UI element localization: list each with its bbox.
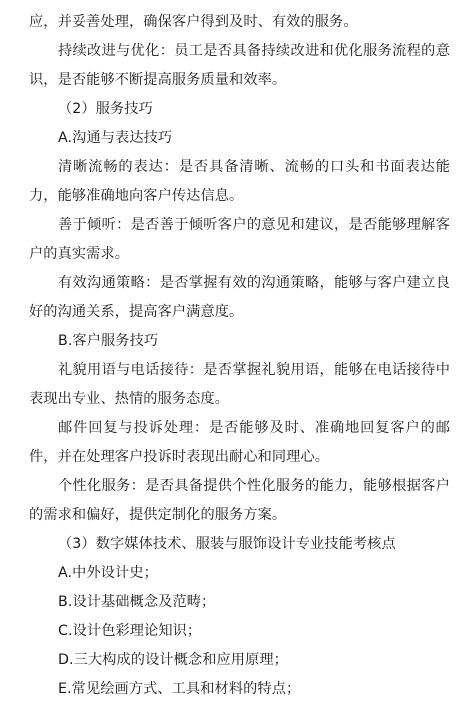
paragraph-continuous-improvement: 持续改进与优化：员工是否具备持续改进和优化服务流程的意识，是否能够不断提高服务质… [29, 37, 450, 95]
list-item-painting-tools: E.常见绘画方式、工具和材料的特点； [29, 675, 450, 704]
paragraph-good-listening: 善于倾听：是否善于倾听客户的意见和建议，是否能够理解客户的真实需求。 [29, 211, 450, 269]
list-item-three-compositions: D.三大构成的设计概念和应用原理； [29, 646, 450, 675]
list-item-design-history: A.中外设计史； [29, 559, 450, 588]
paragraph-email-complaint-handling: 邮件回复与投诉处理：是否能够及时、准确地回复客户的邮件，并在处理客户投诉时表现出… [29, 414, 450, 472]
paragraph-polite-phone-reception: 礼貌用语与电话接待：是否掌握礼貌用语，能够在电话接待中表现出专业、热情的服务态度… [29, 356, 450, 414]
list-item-design-basics: B.设计基础概念及范畴； [29, 588, 450, 617]
section-heading-service-skills: （2）服务技巧 [29, 95, 450, 124]
list-item-color-theory: C.设计色彩理论知识； [29, 617, 450, 646]
subheading-communication-skills: A.沟通与表达技巧 [29, 124, 450, 153]
paragraph-effective-communication: 有效沟通策略：是否掌握有效的沟通策略，能够与客户建立良好的沟通关系，提高客户满意… [29, 269, 450, 327]
subheading-customer-service-skills: B.客户服务技巧 [29, 327, 450, 356]
paragraph-continuation: 应，并妥善处理，确保客户得到及时、有效的服务。 [29, 8, 450, 37]
document-page: 应，并妥善处理，确保客户得到及时、有效的服务。 持续改进与优化：员工是否具备持续… [0, 0, 468, 704]
section-heading-design-skills: （3）数字媒体技术、服装与服饰设计专业技能考核点 [29, 530, 450, 559]
paragraph-clear-expression: 清晰流畅的表达：是否具备清晰、流畅的口头和书面表达能力，能够准确地向客户传达信息… [29, 153, 450, 211]
paragraph-personalized-service: 个性化服务：是否具备提供个性化服务的能力，能够根据客户的需求和偏好，提供定制化的… [29, 472, 450, 530]
